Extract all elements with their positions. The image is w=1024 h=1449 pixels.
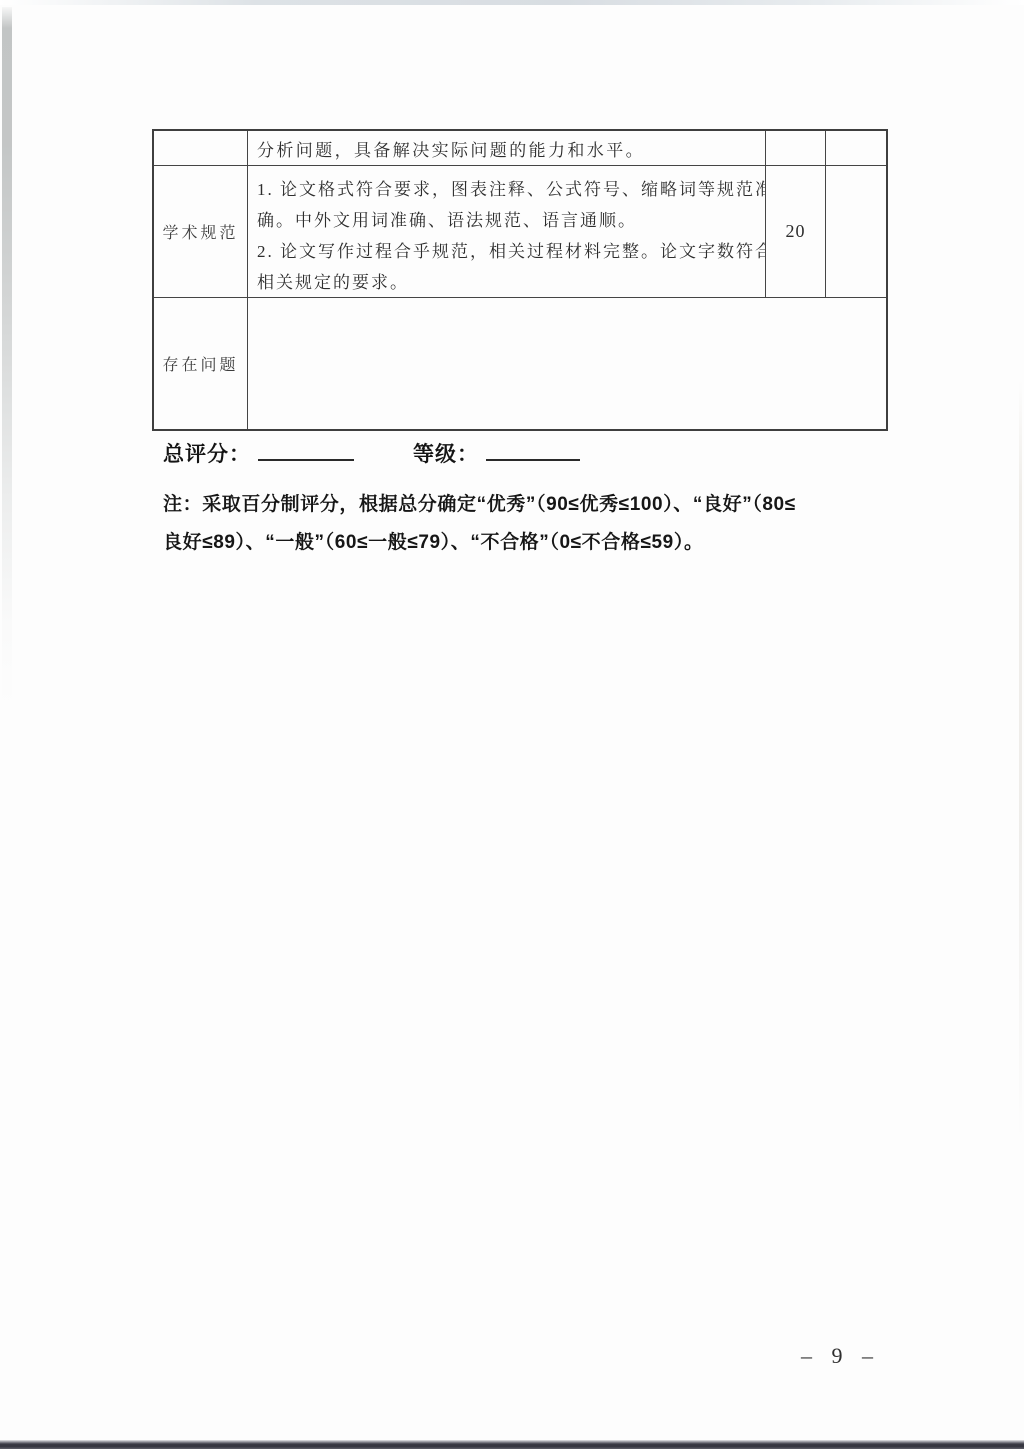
criteria-text-line: 1. 论文格式符合要求，图表注释、公式符号、缩略词等规范准	[257, 174, 765, 205]
total-score-label: 总评分：	[163, 443, 251, 466]
given-score-cell-academic-norms	[826, 166, 886, 298]
score-cell-academic-norms: 20	[766, 166, 826, 298]
page-number: – 9 –	[801, 1343, 878, 1369]
criteria-text-line: 确。中外文用词准确、语法规范、语言通顺。	[257, 205, 765, 236]
criteria-text-line: 相关规定的要求。	[257, 267, 765, 298]
criteria-label-existing-problems: 存在问题	[154, 298, 248, 429]
grading-note-line: 注：采取百分制评分，根据总分确定“优秀”（90≤优秀≤100）、“良好”（80≤	[163, 486, 908, 524]
criteria-content-academic-norms: 1. 论文格式符合要求，图表注释、公式符号、缩略词等规范准 确。中外文用词准确、…	[248, 166, 766, 298]
existing-problems-content-cell	[248, 298, 886, 429]
evaluation-table: 分析问题，具备解决实际问题的能力和水平。 学术规范 1. 论文格式符合要求，图表…	[152, 129, 888, 431]
grade-group: 等级：	[413, 443, 580, 466]
grade-label: 等级：	[413, 443, 479, 466]
scan-top-edge	[0, 0, 1024, 5]
scan-left-edge	[2, 7, 12, 707]
criteria-text-line: 2. 论文写作过程合乎规范，相关过程材料完整。论文字数符合	[257, 236, 765, 267]
criteria-content-continued: 分析问题，具备解决实际问题的能力和水平。	[248, 131, 766, 166]
score-summary-line: 总评分：等级：	[163, 438, 580, 468]
scan-right-edge	[1019, 380, 1022, 1140]
score-cell-empty	[766, 131, 826, 166]
criteria-label-academic-norms: 学术规范	[154, 166, 248, 298]
total-score-blank	[258, 441, 354, 461]
grading-note: 注：采取百分制评分，根据总分确定“优秀”（90≤优秀≤100）、“良好”（80≤…	[163, 486, 908, 562]
scan-bottom-edge	[0, 1440, 1024, 1449]
criteria-label-cell-empty	[154, 131, 248, 166]
given-score-cell-empty	[826, 131, 886, 166]
grading-note-line: 良好≤89）、“一般”（60≤一般≤79）、“不合格”（0≤不合格≤59）。	[163, 524, 908, 562]
grade-blank	[486, 441, 580, 461]
scanned-document-page: 分析问题，具备解决实际问题的能力和水平。 学术规范 1. 论文格式符合要求，图表…	[0, 0, 1024, 1449]
